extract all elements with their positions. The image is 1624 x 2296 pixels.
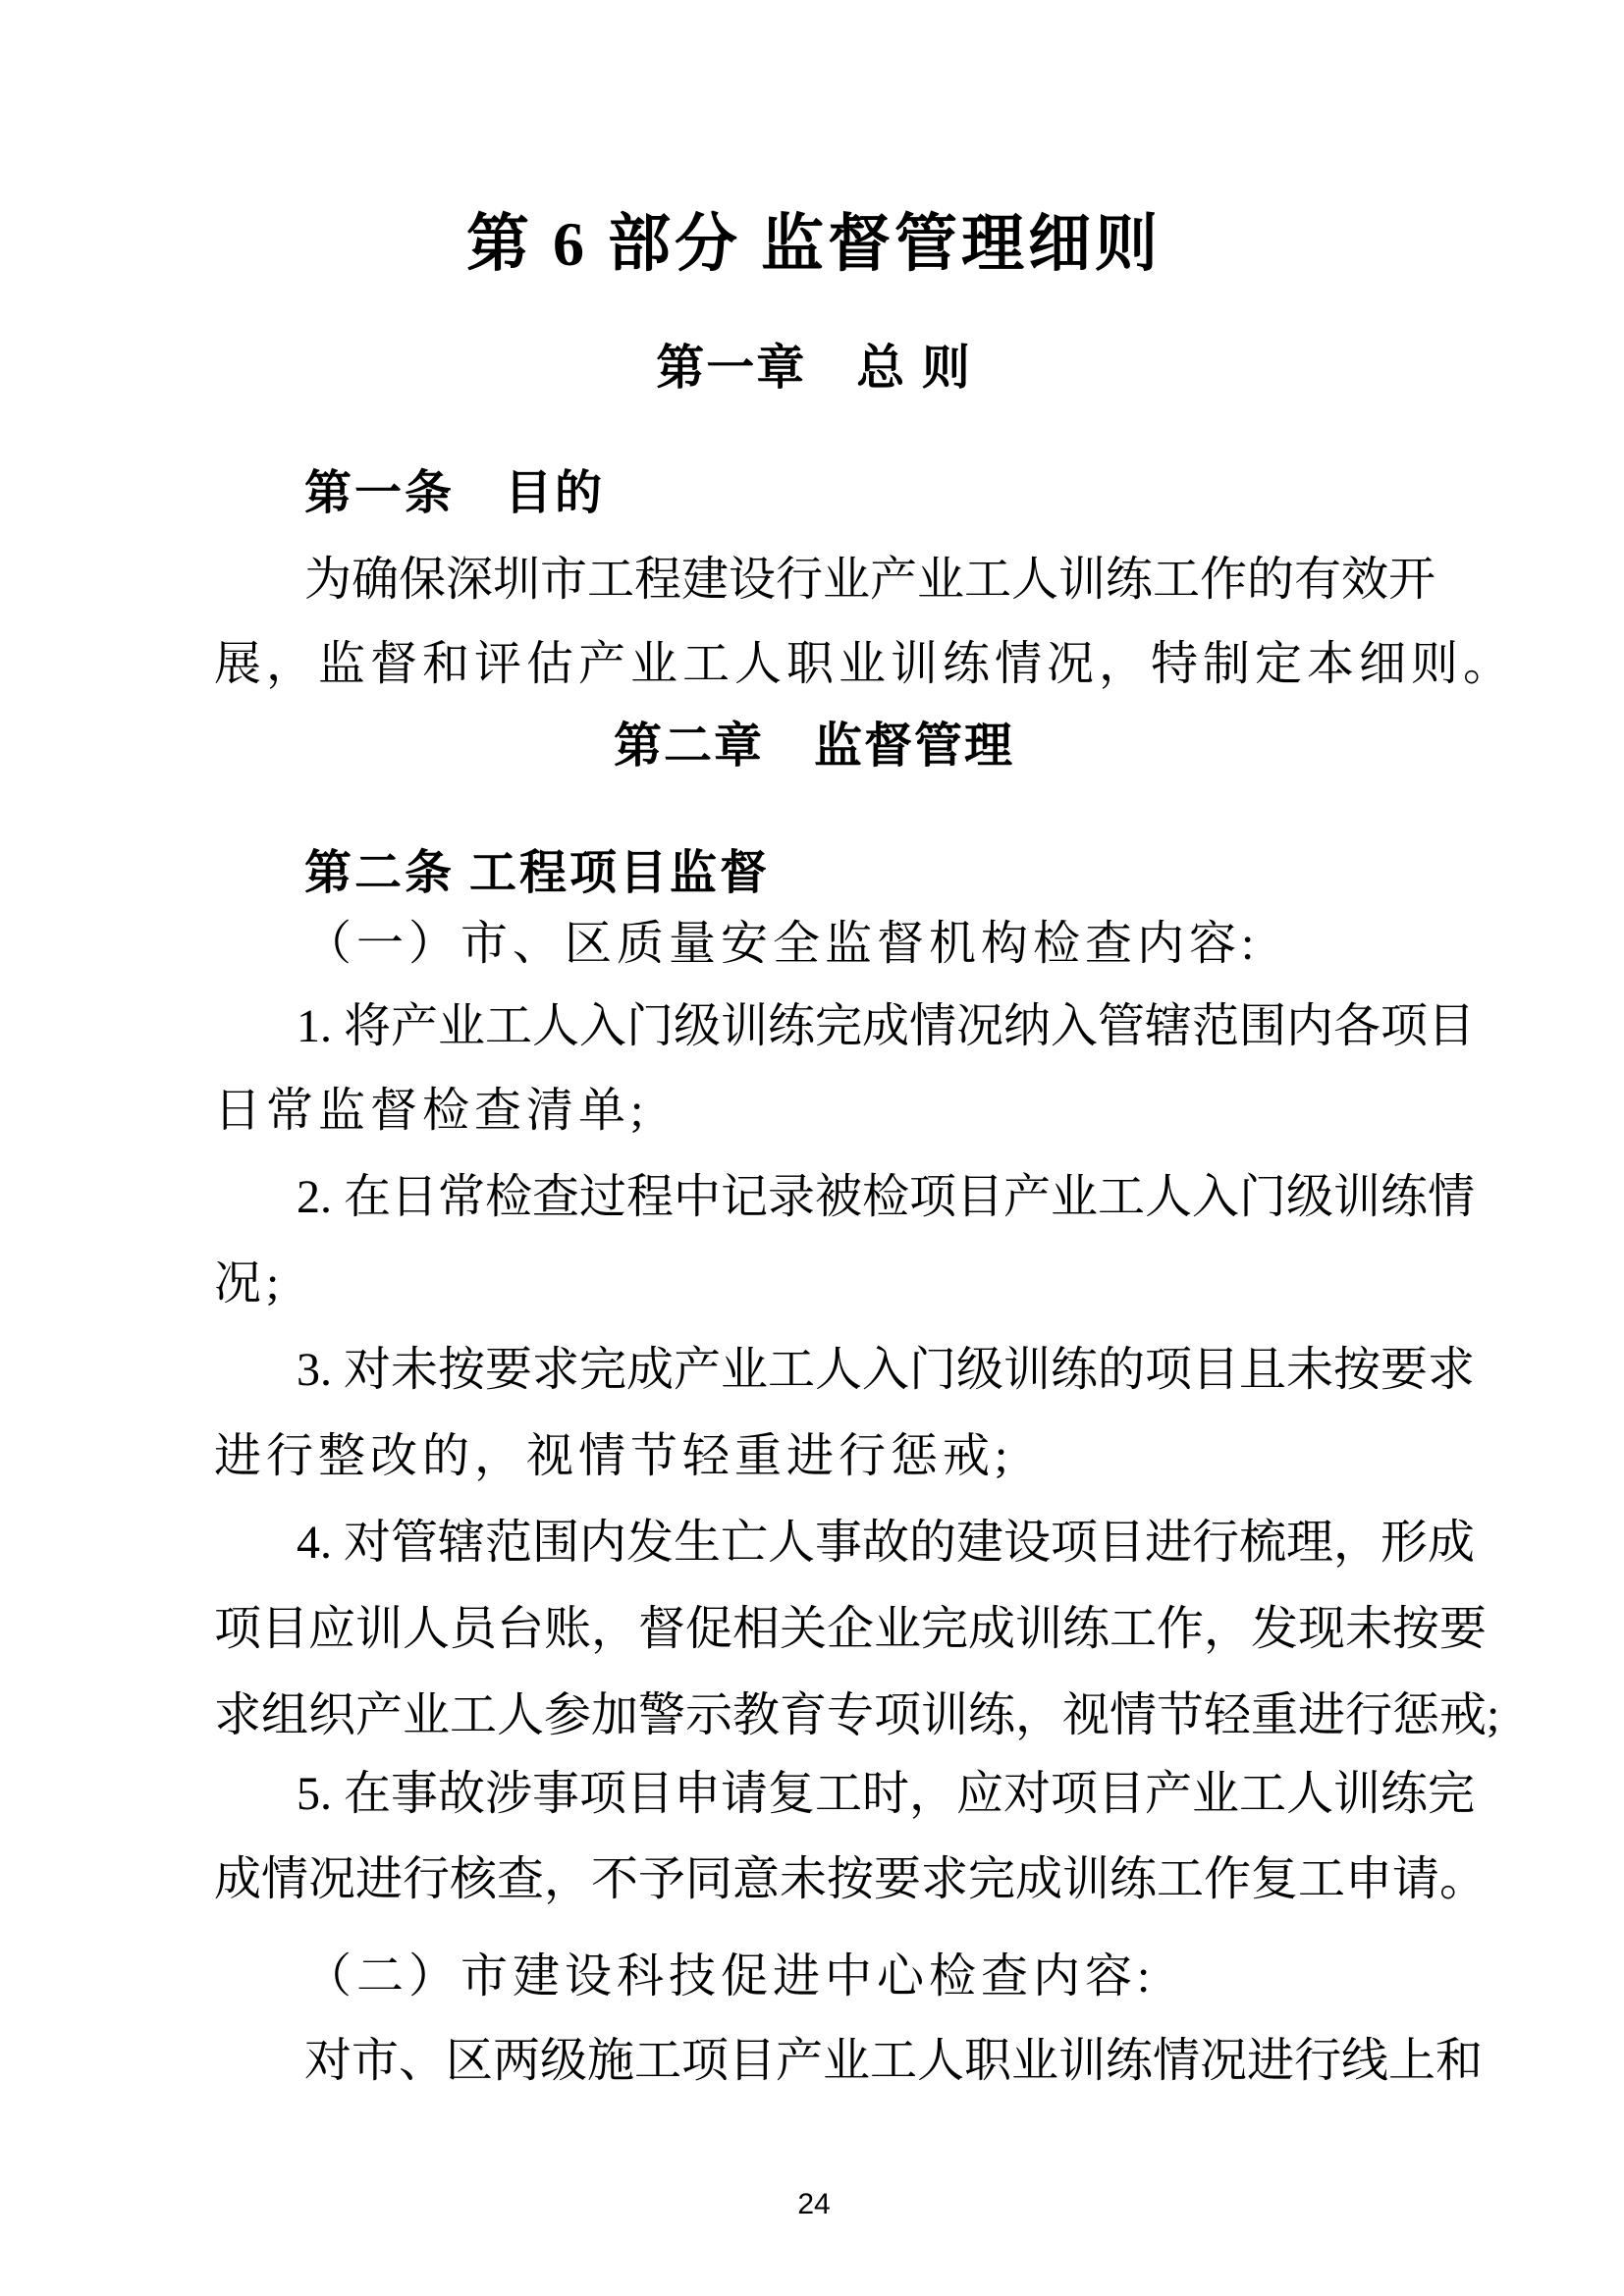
section-2-paragraph-line: 对市、区两级施工项目产业工人职业训练情况进行线上和	[214, 2032, 1414, 2091]
document-title: 第 6 部分 监督管理细则	[214, 203, 1414, 286]
item-1-line: 日常监督检查清单;	[214, 1082, 1414, 1141]
item-2-line: 况;	[214, 1255, 1414, 1313]
item-5-line: 成情况进行核查，不予同意未按要求完成训练工作复工申请。	[214, 1850, 1414, 1909]
page-number: 24	[214, 2185, 1414, 2224]
item-4-line: 项目应训人员台账，督促相关企业完成训练工作，发现未按要	[214, 1600, 1414, 1659]
article-1-paragraph-line: 为确保深圳市工程建设行业产业工人训练工作的有效开	[214, 551, 1414, 610]
item-4-line: 4. 对管辖范围内发生亡人事故的建设项目进行梳理，形成	[214, 1514, 1414, 1573]
section-2-intro: （二）市建设科技促进中心检查内容:	[214, 1948, 1414, 2006]
item-3-line: 3. 对未按要求完成产业工人入门级训练的项目且未按要求	[214, 1341, 1414, 1400]
chapter-1-heading: 第一章 总 则	[214, 339, 1414, 398]
item-2-line: 2. 在日常检查过程中记录被检项目产业工人入门级训练情	[214, 1168, 1414, 1227]
section-1-intro: （一）市、区质量安全监督机构检查内容:	[214, 915, 1414, 974]
item-4-line: 求组织产业工人参加警示教育专项训练，视情节轻重进行惩戒;	[214, 1686, 1414, 1745]
item-3-line: 进行整改的，视情节轻重进行惩戒;	[214, 1427, 1414, 1486]
item-5-line: 5. 在事故涉事项目申请复工时，应对项目产业工人训练完	[214, 1765, 1414, 1824]
item-1-line: 1. 将产业工人入门级训练完成情况纳入管辖范围内各项目	[214, 997, 1414, 1056]
article-2-heading: 第二条 工程项目监督	[214, 844, 1414, 903]
article-1-heading: 第一条 目的	[214, 464, 1414, 523]
article-1-paragraph-line: 展，监督和评估产业工人职业训练情况，特制定本细则。	[214, 635, 1414, 694]
document-page: 第 6 部分 监督管理细则 第一章 总 则 第一条 目的 为确保深圳市工程建设行…	[0, 0, 1624, 2296]
chapter-2-heading: 第二章 监督管理	[214, 717, 1414, 775]
